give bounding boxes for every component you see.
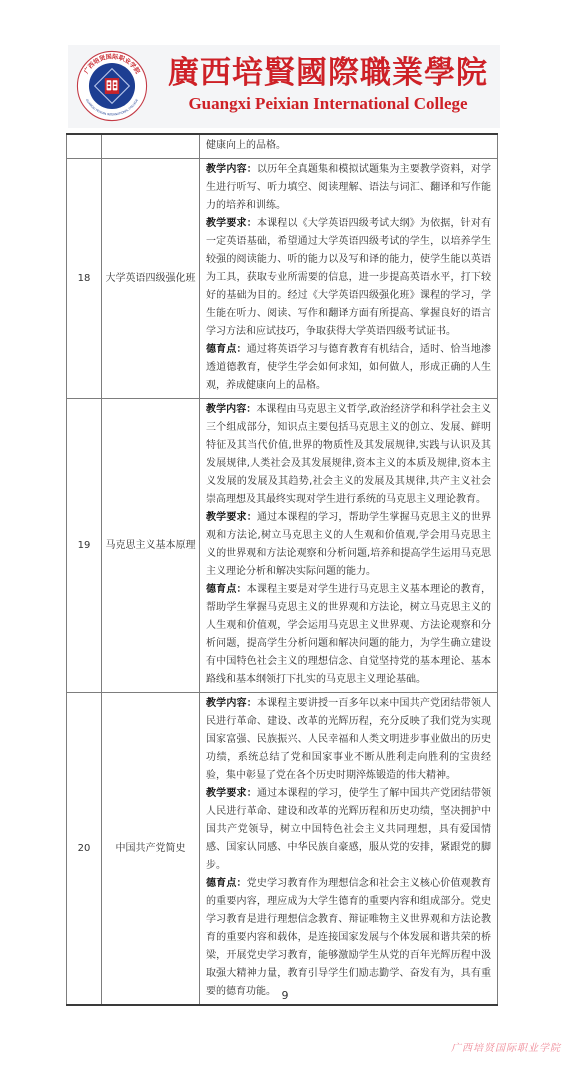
carryover-text: 健康向上的品格。 bbox=[206, 137, 491, 155]
section-label: 教学要求： bbox=[206, 788, 257, 799]
table-row-20: 20 中国共产党简史 教学内容：本课程主要讲授一百多年以来中国共产党团结带领人民… bbox=[67, 693, 498, 1006]
course-name-cell: 中国共产党简史 bbox=[102, 693, 200, 1006]
section-text: 健康向上的品格。 bbox=[206, 140, 286, 151]
section-text: 党史学习教育作为理想信念和社会主义核心价值观教育的重要内容，理应成为大学生德育的… bbox=[206, 878, 491, 997]
row-number-cell bbox=[67, 134, 102, 159]
section-text: 本课程主要是对学生进行马克思主义基本理论的教育，帮助学生掌握马克思主义的世界观和… bbox=[206, 584, 491, 685]
section-text: 通过本课程的学习，使学生了解中国共产党团结带领人民进行革命、建设和改革的光辉历程… bbox=[206, 788, 491, 871]
row-number-cell: 20 bbox=[67, 693, 102, 1006]
teaching-requirements: 教学要求：本课程以《大学英语四级考试大纲》为依据，针对有一定英语基础，希望通过大… bbox=[206, 215, 491, 341]
course-name-cell: 马克思主义基本原理 bbox=[102, 399, 200, 693]
section-text: 本课程主要讲授一百多年以来中国共产党团结带领人民进行革命、建设、改革的光辉历程，… bbox=[206, 698, 491, 781]
section-label: 德育点： bbox=[206, 344, 247, 355]
section-label: 德育点： bbox=[206, 584, 247, 595]
college-logo-emblem: 广西培贤国际职业学院 GUANGXI PEIXIAN INTERNATIONAL… bbox=[76, 50, 148, 122]
moral-education-point: 德育点：本课程主要是对学生进行马克思主义基本理论的教育，帮助学生掌握马克思主义的… bbox=[206, 581, 491, 689]
moral-education-point: 德育点：通过将英语学习与德育教育有机结合，适时、恰当地渗透道德教育，使学生学会如… bbox=[206, 341, 491, 395]
page-number: 9 bbox=[0, 989, 570, 1002]
section-label: 德育点： bbox=[206, 878, 247, 889]
section-label: 教学要求： bbox=[206, 218, 257, 229]
college-name-en: Guangxi Peixian International College bbox=[160, 93, 496, 115]
teaching-content: 教学内容：以历年全真题集和模拟试题集为主要教学资料，对学生进行听写、听力填空、阅… bbox=[206, 161, 491, 215]
section-label: 教学内容： bbox=[206, 164, 257, 175]
course-detail-cell: 教学内容：本课程主要讲授一百多年以来中国共产党团结带领人民进行革命、建设、改革的… bbox=[200, 693, 498, 1006]
table-row-18: 18 大学英语四级强化班 教学内容：以历年全真题集和模拟试题集为主要教学资料，对… bbox=[67, 159, 498, 399]
section-text: 通过将英语学习与德育教育有机结合，适时、恰当地渗透道德教育，使学生学会如何求知，… bbox=[206, 344, 491, 391]
row-number-cell: 18 bbox=[67, 159, 102, 399]
header-titles: 廣西培賢國際職業學院 Guangxi Peixian International… bbox=[160, 53, 496, 115]
section-text: 本课程以《大学英语四级考试大纲》为依据，针对有一定英语基础，希望通过大学英语四级… bbox=[206, 218, 491, 337]
footer-watermark: 广西培贤国际职业学院 bbox=[451, 1039, 561, 1054]
course-name-cell bbox=[102, 134, 200, 159]
course-detail-cell: 教学内容：以历年全真题集和模拟试题集为主要教学资料，对学生进行听写、听力填空、阅… bbox=[200, 159, 498, 399]
teaching-requirements: 教学要求：通过本课程的学习，使学生了解中国共产党团结带领人民进行革命、建设和改革… bbox=[206, 785, 491, 875]
course-table: 健康向上的品格。 18 大学英语四级强化班 教学内容：以历年全真题集和模拟试题集… bbox=[66, 133, 498, 1006]
table-row-carryover: 健康向上的品格。 bbox=[67, 134, 498, 159]
teaching-content: 教学内容：本课程由马克思主义哲学,政治经济学和科学社会主义三个组成部分，知识点主… bbox=[206, 401, 491, 509]
teaching-content: 教学内容：本课程主要讲授一百多年以来中国共产党团结带领人民进行革命、建设、改革的… bbox=[206, 695, 491, 785]
section-label: 教学要求： bbox=[206, 512, 257, 523]
course-detail-cell: 健康向上的品格。 bbox=[200, 134, 498, 159]
teaching-requirements: 教学要求：通过本课程的学习，帮助学生掌握马克思主义的世界观和方法论,树立马克思主… bbox=[206, 509, 491, 581]
table-row-19: 19 马克思主义基本原理 教学内容：本课程由马克思主义哲学,政治经济学和科学社会… bbox=[67, 399, 498, 693]
college-logo: 广西培贤国际职业学院 GUANGXI PEIXIAN INTERNATIONAL… bbox=[76, 50, 148, 122]
header: 广西培贤国际职业学院 GUANGXI PEIXIAN INTERNATIONAL… bbox=[68, 45, 500, 128]
document-page: 广西培贤国际职业学院 GUANGXI PEIXIAN INTERNATIONAL… bbox=[0, 0, 570, 1080]
course-name-cell: 大学英语四级强化班 bbox=[102, 159, 200, 399]
college-name-zh: 廣西培賢國際職業學院 bbox=[160, 53, 496, 93]
course-detail-cell: 教学内容：本课程由马克思主义哲学,政治经济学和科学社会主义三个组成部分，知识点主… bbox=[200, 399, 498, 693]
moral-education-point: 德育点：党史学习教育作为理想信念和社会主义核心价值观教育的重要内容，理应成为大学… bbox=[206, 875, 491, 1001]
row-number-cell: 19 bbox=[67, 399, 102, 693]
section-label: 教学内容： bbox=[206, 404, 256, 415]
section-label: 教学内容： bbox=[206, 698, 257, 709]
section-text: 本课程由马克思主义哲学,政治经济学和科学社会主义三个组成部分，知识点主要包括马克… bbox=[206, 404, 491, 505]
